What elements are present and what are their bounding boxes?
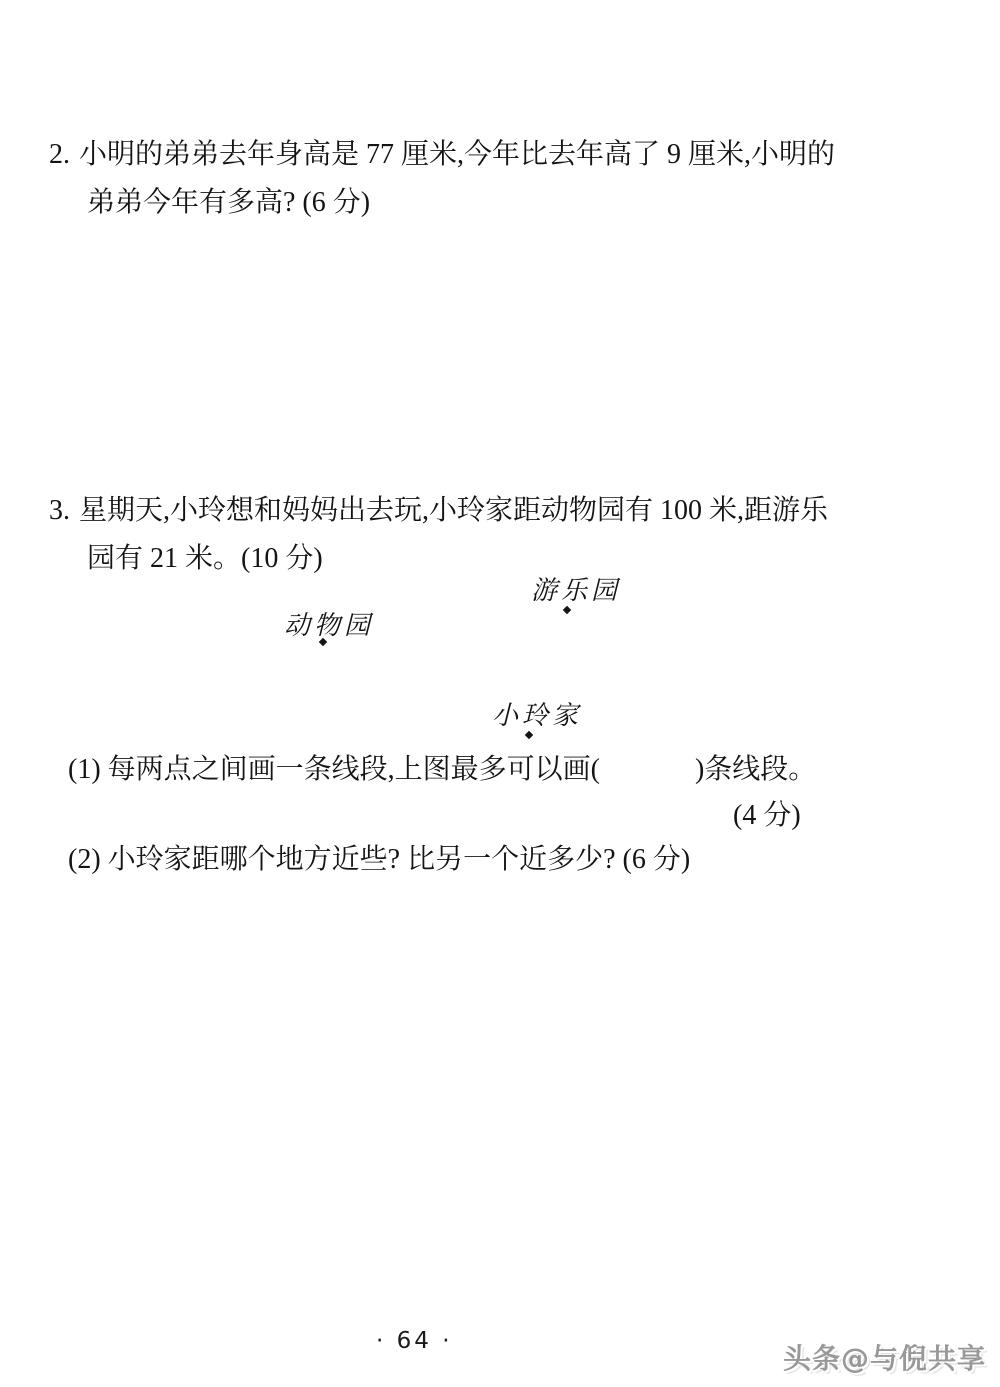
subquestion-2-text: 小玲家距哪个地方近些? 比另一个近多少? (6 分)	[108, 844, 691, 875]
subquestion-1-text-before: 每两点之间画一条线段,上图最多可以画(	[108, 754, 600, 785]
subquestion-2-number: (2)	[68, 844, 101, 875]
point-label-amusement-park: 游乐园	[531, 578, 621, 604]
subquestion-1-number: (1)	[68, 754, 101, 785]
question-2-line-1: 2. 小明的弟弟去年身高是 77 厘米,今年比去年高了 9 厘米,小明的	[49, 131, 835, 179]
question-3-text-line-1: 星期天,小玲想和妈妈出去玩,小玲家距动物园有 100 米,距游乐	[79, 487, 828, 535]
question-2-text-line-1: 小明的弟弟去年身高是 77 厘米,今年比去年高了 9 厘米,小明的	[79, 131, 835, 179]
subquestion-2: (2)小玲家距哪个地方近些? 比另一个近多少? (6 分)	[68, 843, 690, 877]
question-3-line-1: 3. 星期天,小玲想和妈妈出去玩,小玲家距动物园有 100 米,距游乐	[49, 487, 828, 535]
point-label-zoo: 动物园	[284, 613, 374, 639]
point-dot-xiaoling-home	[525, 731, 533, 739]
page-number: · 64 ·	[376, 1328, 453, 1354]
question-3: 3. 星期天,小玲想和妈妈出去玩,小玲家距动物园有 100 米,距游乐 园有 2…	[49, 487, 828, 583]
question-2: 2. 小明的弟弟去年身高是 77 厘米,今年比去年高了 9 厘米,小明的 弟弟今…	[49, 131, 835, 227]
question-3-number: 3.	[49, 487, 79, 535]
question-2-text-line-2: 弟弟今年有多高? (6 分)	[87, 179, 835, 227]
points-diagram: 游乐园 动物园 小玲家	[0, 575, 1000, 750]
point-label-xiaoling-home: 小玲家	[492, 703, 582, 729]
question-2-number: 2.	[49, 131, 79, 179]
watermark: 头条@与倪共享	[783, 1337, 986, 1377]
subquestion-1-score: (4 分)	[733, 799, 801, 833]
worksheet-page: 2. 小明的弟弟去年身高是 77 厘米,今年比去年高了 9 厘米,小明的 弟弟今…	[0, 0, 1000, 1387]
subquestion-1-text-after: )条线段。	[695, 754, 816, 785]
subquestion-1: (1)每两点之间画一条线段,上图最多可以画()条线段。	[68, 753, 816, 787]
point-dot-amusement-park	[563, 606, 571, 614]
